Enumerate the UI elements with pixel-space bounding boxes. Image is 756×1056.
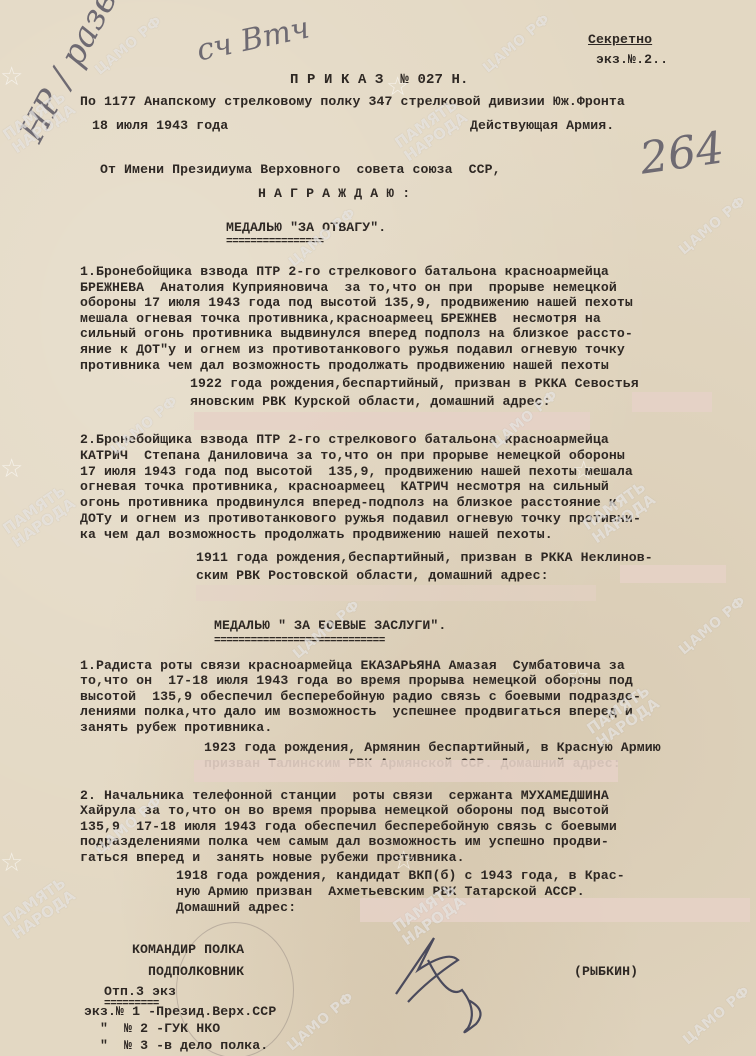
watermark-star-icon: ☆ (392, 846, 415, 876)
text-line: подразделениями полка чем самым дал возм… (80, 834, 609, 850)
archival-document-page: НР / разв сч Втч 264 Секретно экз.№.2.. … (0, 0, 756, 1056)
text-line: ДОТу и огнем из противотанкового ружья п… (80, 511, 641, 527)
watermark-star-icon: ☆ (0, 454, 23, 484)
watermark-memory-of-people: ПАМЯТЬ НАРОДА (0, 482, 78, 550)
text-line: высотой 135,9 обеспечил бесперебойную ра… (80, 689, 641, 705)
handwritten-signature (388, 930, 508, 1040)
text-line: 135,9 17-18 июля 1943 года обеспечил бес… (80, 819, 617, 835)
text-line: 1.Радиста роты связи красноармейца ЕКАЗА… (80, 658, 625, 674)
redacted-address (196, 585, 596, 601)
text-line: 1.Бронебойщика взвода ПТР 2-го стрелково… (80, 264, 609, 280)
text-line: БРЕЖНЕВА Анатолия Куприяновича за то,что… (80, 280, 617, 296)
unit-line: По 1177 Анапскому стрелковому полку 347 … (80, 94, 625, 110)
order-title: П Р И К А З № 027 Н. (290, 72, 469, 88)
watermark-camo: ЦАМО РФ (676, 593, 749, 658)
watermark-star-icon: ☆ (0, 62, 23, 92)
text-line: сильный огонь противника выдвинулся впер… (80, 326, 633, 342)
watermark-memory-of-people: ПАМЯТЬ НАРОДА (0, 874, 78, 942)
text-line: то,что он 17-18 июля 1943 года во время … (80, 673, 633, 689)
text-line: яние к ДОТ"у и огнем из противотанкового… (80, 342, 625, 358)
watermark-star-icon: ☆ (0, 848, 23, 878)
text-line: 1922 года рождения,беспартийный, призван… (190, 376, 639, 392)
signatory-rank: ПОДПОЛКОВНИК (148, 964, 244, 980)
order-location: Действующая Армия. (470, 118, 614, 134)
medal-heading-courage: МЕДАЛЬЮ "ЗА ОТВАГУ". (226, 220, 386, 236)
text-line: КАТРИЧ Степана Даниловича за то,что он п… (80, 448, 625, 464)
text-line: обороны 17 июля 1943 года под высотой 13… (80, 295, 633, 311)
order-date: 18 июля 1943 года (92, 118, 228, 134)
text-line: 1923 года рождения, Армянин беспартийный… (204, 740, 661, 756)
watermark-camo: ЦАМО РФ (680, 983, 753, 1048)
handwritten-note-top: сч Втч (194, 11, 313, 69)
signatory-name: (РЫБКИН) (574, 964, 638, 980)
text-line: яновским РВК Курской области, домашний а… (190, 394, 551, 410)
handwritten-page-number: 264 (637, 122, 727, 184)
signatory-title: КОМАНДИР ПОЛКА (132, 942, 244, 958)
text-line: 1911 года рождения,беспартийный, призван… (196, 550, 653, 566)
text-line: противника чем дал возможность продолжат… (80, 358, 609, 374)
text-line: ским РВК Ростовской области, домашний ад… (196, 568, 549, 584)
watermark-star-icon: ☆ (386, 72, 409, 102)
watermark-star-icon: ☆ (572, 456, 595, 486)
watermark-star-icon: ☆ (566, 662, 589, 692)
redacted-address (620, 565, 726, 583)
distribution-item: " № 3 -в дело полка. (84, 1038, 268, 1054)
text-line: мешала огневая точка противника,красноар… (80, 311, 601, 327)
text-line: 2.Бронебойщика взвода ПТР 2-го стрелково… (80, 432, 609, 448)
watermark-camo: ЦАМО РФ (284, 989, 357, 1054)
distribution-item: " № 2 -ГУК НКО (84, 1021, 220, 1037)
text-line: занять рубеж противника. (80, 720, 272, 736)
text-line: ка чем дал возможность продолжать продви… (80, 527, 553, 543)
redacted-address (194, 760, 618, 782)
copy-number: экз.№.2.. (596, 52, 668, 68)
text-line: 17 июля 1943 года под высотой 135,9, про… (80, 464, 633, 480)
text-line: Домашний адрес: (176, 900, 296, 916)
text-line: огонь противника продвинулся вперед-подп… (80, 495, 617, 511)
award-word: Н А Г Р А Ж Д А Ю : (258, 186, 410, 202)
distribution-item: экз.№ 1 -Презид.Верх.ССР (84, 1004, 276, 1020)
text-line: огневая точка противника, красноармеец К… (80, 479, 609, 495)
preamble-line: От Имени Президиума Верховного совета со… (100, 162, 501, 178)
watermark-camo: ЦАМО РФ (676, 193, 749, 258)
watermark-camo: ЦАМО РФ (480, 11, 553, 76)
redacted-address (632, 392, 712, 412)
secrecy-label: Секретно (588, 32, 652, 48)
text-line: лениями полка,что дало им возможность ус… (80, 704, 633, 720)
